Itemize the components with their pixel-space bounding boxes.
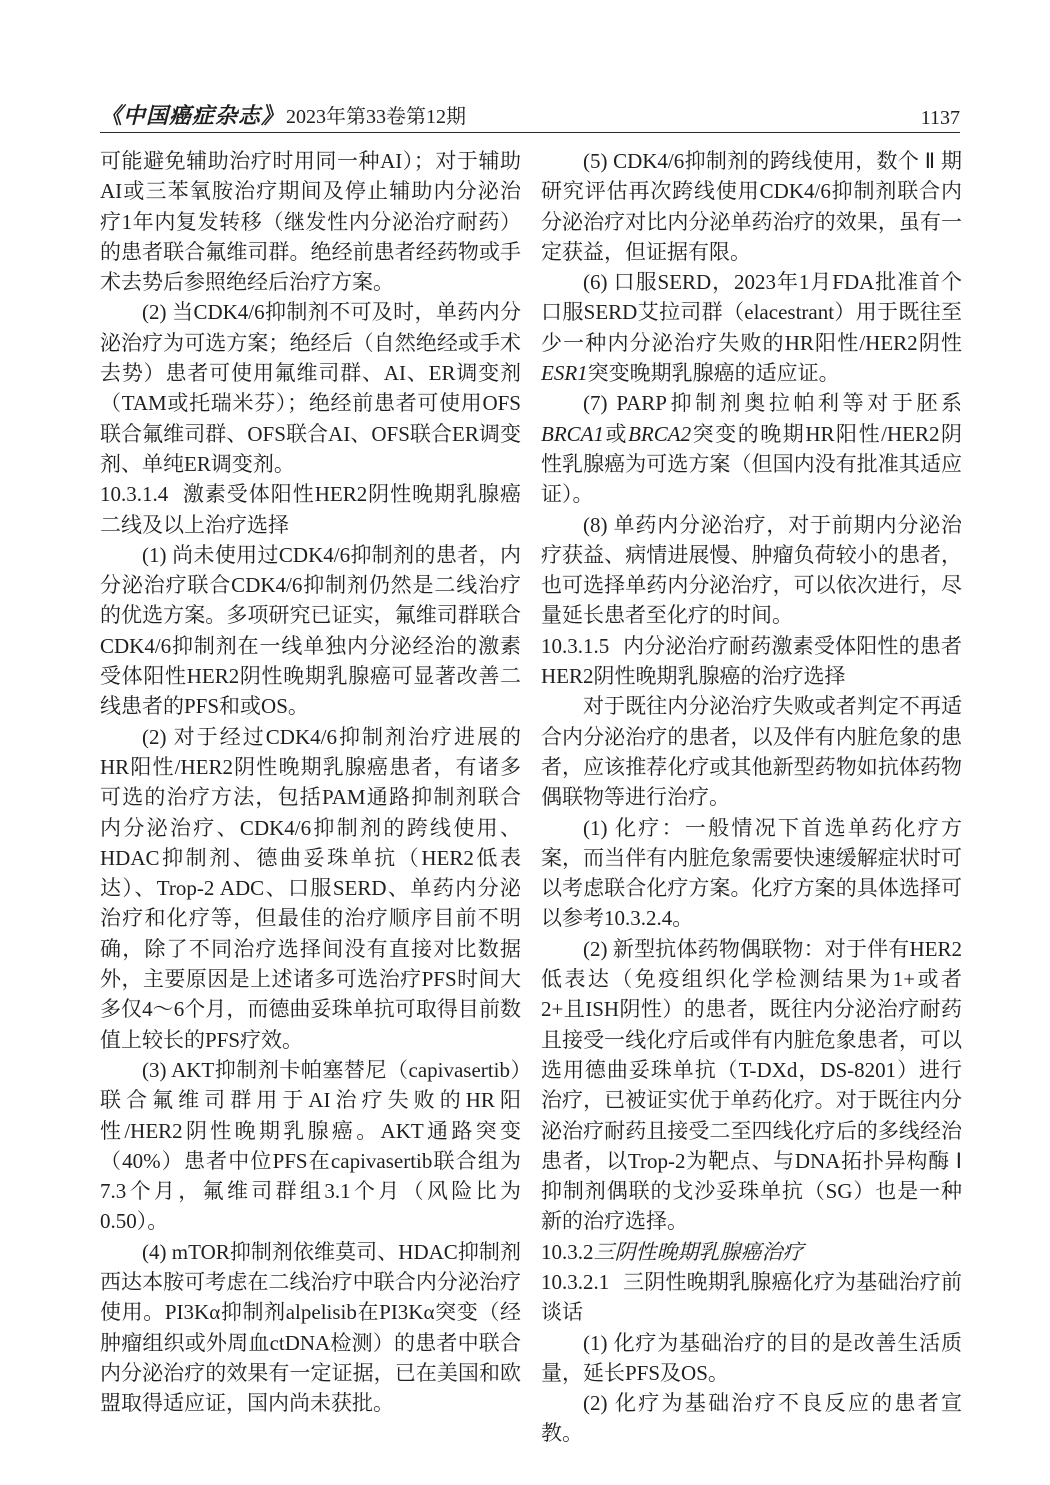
paragraph: 可能避免辅助治疗时用同一种AI）；对于辅助AI或三苯氧胺治疗期间及停止辅助内分泌… — [100, 146, 521, 297]
paragraph: (1) 化疗为基础治疗的目的是改善生活质量，延长PFS及OS。 — [541, 1328, 962, 1389]
left-column: 可能避免辅助治疗时用同一种AI）；对于辅助AI或三苯氧胺治疗期间及停止辅助内分泌… — [100, 146, 521, 1449]
paragraph: 对于既往内分泌治疗失败或者判定不再适合内分泌治疗的患者，以及伴有内脏危象的患者，… — [541, 691, 962, 812]
paragraph: (1) 尚未使用过CDK4/6抑制剂的患者，内分泌治疗联合CDK4/6抑制剂仍然… — [100, 540, 521, 722]
paragraph: (6) 口服SERD，2023年1月FDA批准首个口服SERD艾拉司群（elac… — [541, 267, 962, 388]
page-header: 《中国癌症杂志》 2023年第33卷第12期 1137 — [100, 100, 960, 130]
paragraph: (2) 对于经过CDK4/6抑制剂治疗进展的HR阳性/HER2阴性晚期乳腺癌患者… — [100, 722, 521, 1055]
section-heading: 10.3.1.5内分泌治疗耐药激素受体阳性的患者HER2阴性晚期乳腺癌的治疗选择 — [541, 631, 962, 692]
paragraph: (8) 单药内分泌治疗，对于前期内分泌治疗获益、病情进展慢、肿瘤负荷较小的患者，… — [541, 510, 962, 631]
paragraph: (1) 化疗：一般情况下首选单药化疗方案，而当伴有内脏危象需要快速缓解症状时可以… — [541, 813, 962, 934]
header-left: 《中国癌症杂志》 2023年第33卷第12期 — [100, 99, 466, 130]
section-number: 10.3.2 — [541, 1240, 594, 1264]
header-rule — [100, 132, 960, 133]
paragraph: (2) 新型抗体药物偶联物：对于伴有HER2低表达（免疫组织化学检测结果为1+或… — [541, 934, 962, 1237]
paragraph: (3) AKT抑制剂卡帕塞替尼（capivasertib）联合氟维司群用于AI治… — [100, 1055, 521, 1237]
paragraph: (2) 当CDK4/6抑制剂不可及时，单药内分泌治疗为可选方案；绝经后（自然绝经… — [100, 297, 521, 479]
paragraph: (2) 化疗为基础治疗不良反应的患者宣教。 — [541, 1388, 962, 1449]
page-content: 可能避免辅助治疗时用同一种AI）；对于辅助AI或三苯氧胺治疗期间及停止辅助内分泌… — [100, 146, 962, 1449]
section-number: 10.3.1.4 — [100, 482, 168, 506]
paragraph: (7) PARP抑制剂奥拉帕利等对于胚系BRCA1或BRCA2突变的晚期HR阳性… — [541, 388, 962, 509]
paragraph: (5) CDK4/6抑制剂的跨线使用，数个 Ⅱ 期研究评估再次跨线使用CDK4/… — [541, 146, 962, 267]
document-page: 《中国癌症杂志》 2023年第33卷第12期 1137 可能避免辅助治疗时用同一… — [0, 0, 1050, 1485]
issue-info: 2023年第33卷第12期 — [286, 100, 466, 129]
right-column: (5) CDK4/6抑制剂的跨线使用，数个 Ⅱ 期研究评估再次跨线使用CDK4/… — [541, 146, 962, 1449]
section-heading: 10.3.1.4激素受体阳性HER2阴性晚期乳腺癌二线及以上治疗选择 — [100, 479, 521, 540]
section-heading: 10.3.2.1三阴性晚期乳腺癌化疗为基础治疗前谈话 — [541, 1267, 962, 1328]
section-heading: 10.3.2三阴性晚期乳腺癌治疗 — [541, 1237, 962, 1267]
page-number: 1137 — [921, 107, 960, 130]
section-number: 10.3.1.5 — [541, 634, 609, 658]
section-number: 10.3.2.1 — [541, 1270, 609, 1294]
paragraph: (4) mTOR抑制剂依维莫司、HDAC抑制剂西达本胺可考虑在二线治疗中联合内分… — [100, 1237, 521, 1419]
section-title: 三阴性晚期乳腺癌治疗 — [594, 1240, 804, 1264]
journal-title: 《中国癌症杂志》 — [100, 99, 284, 130]
